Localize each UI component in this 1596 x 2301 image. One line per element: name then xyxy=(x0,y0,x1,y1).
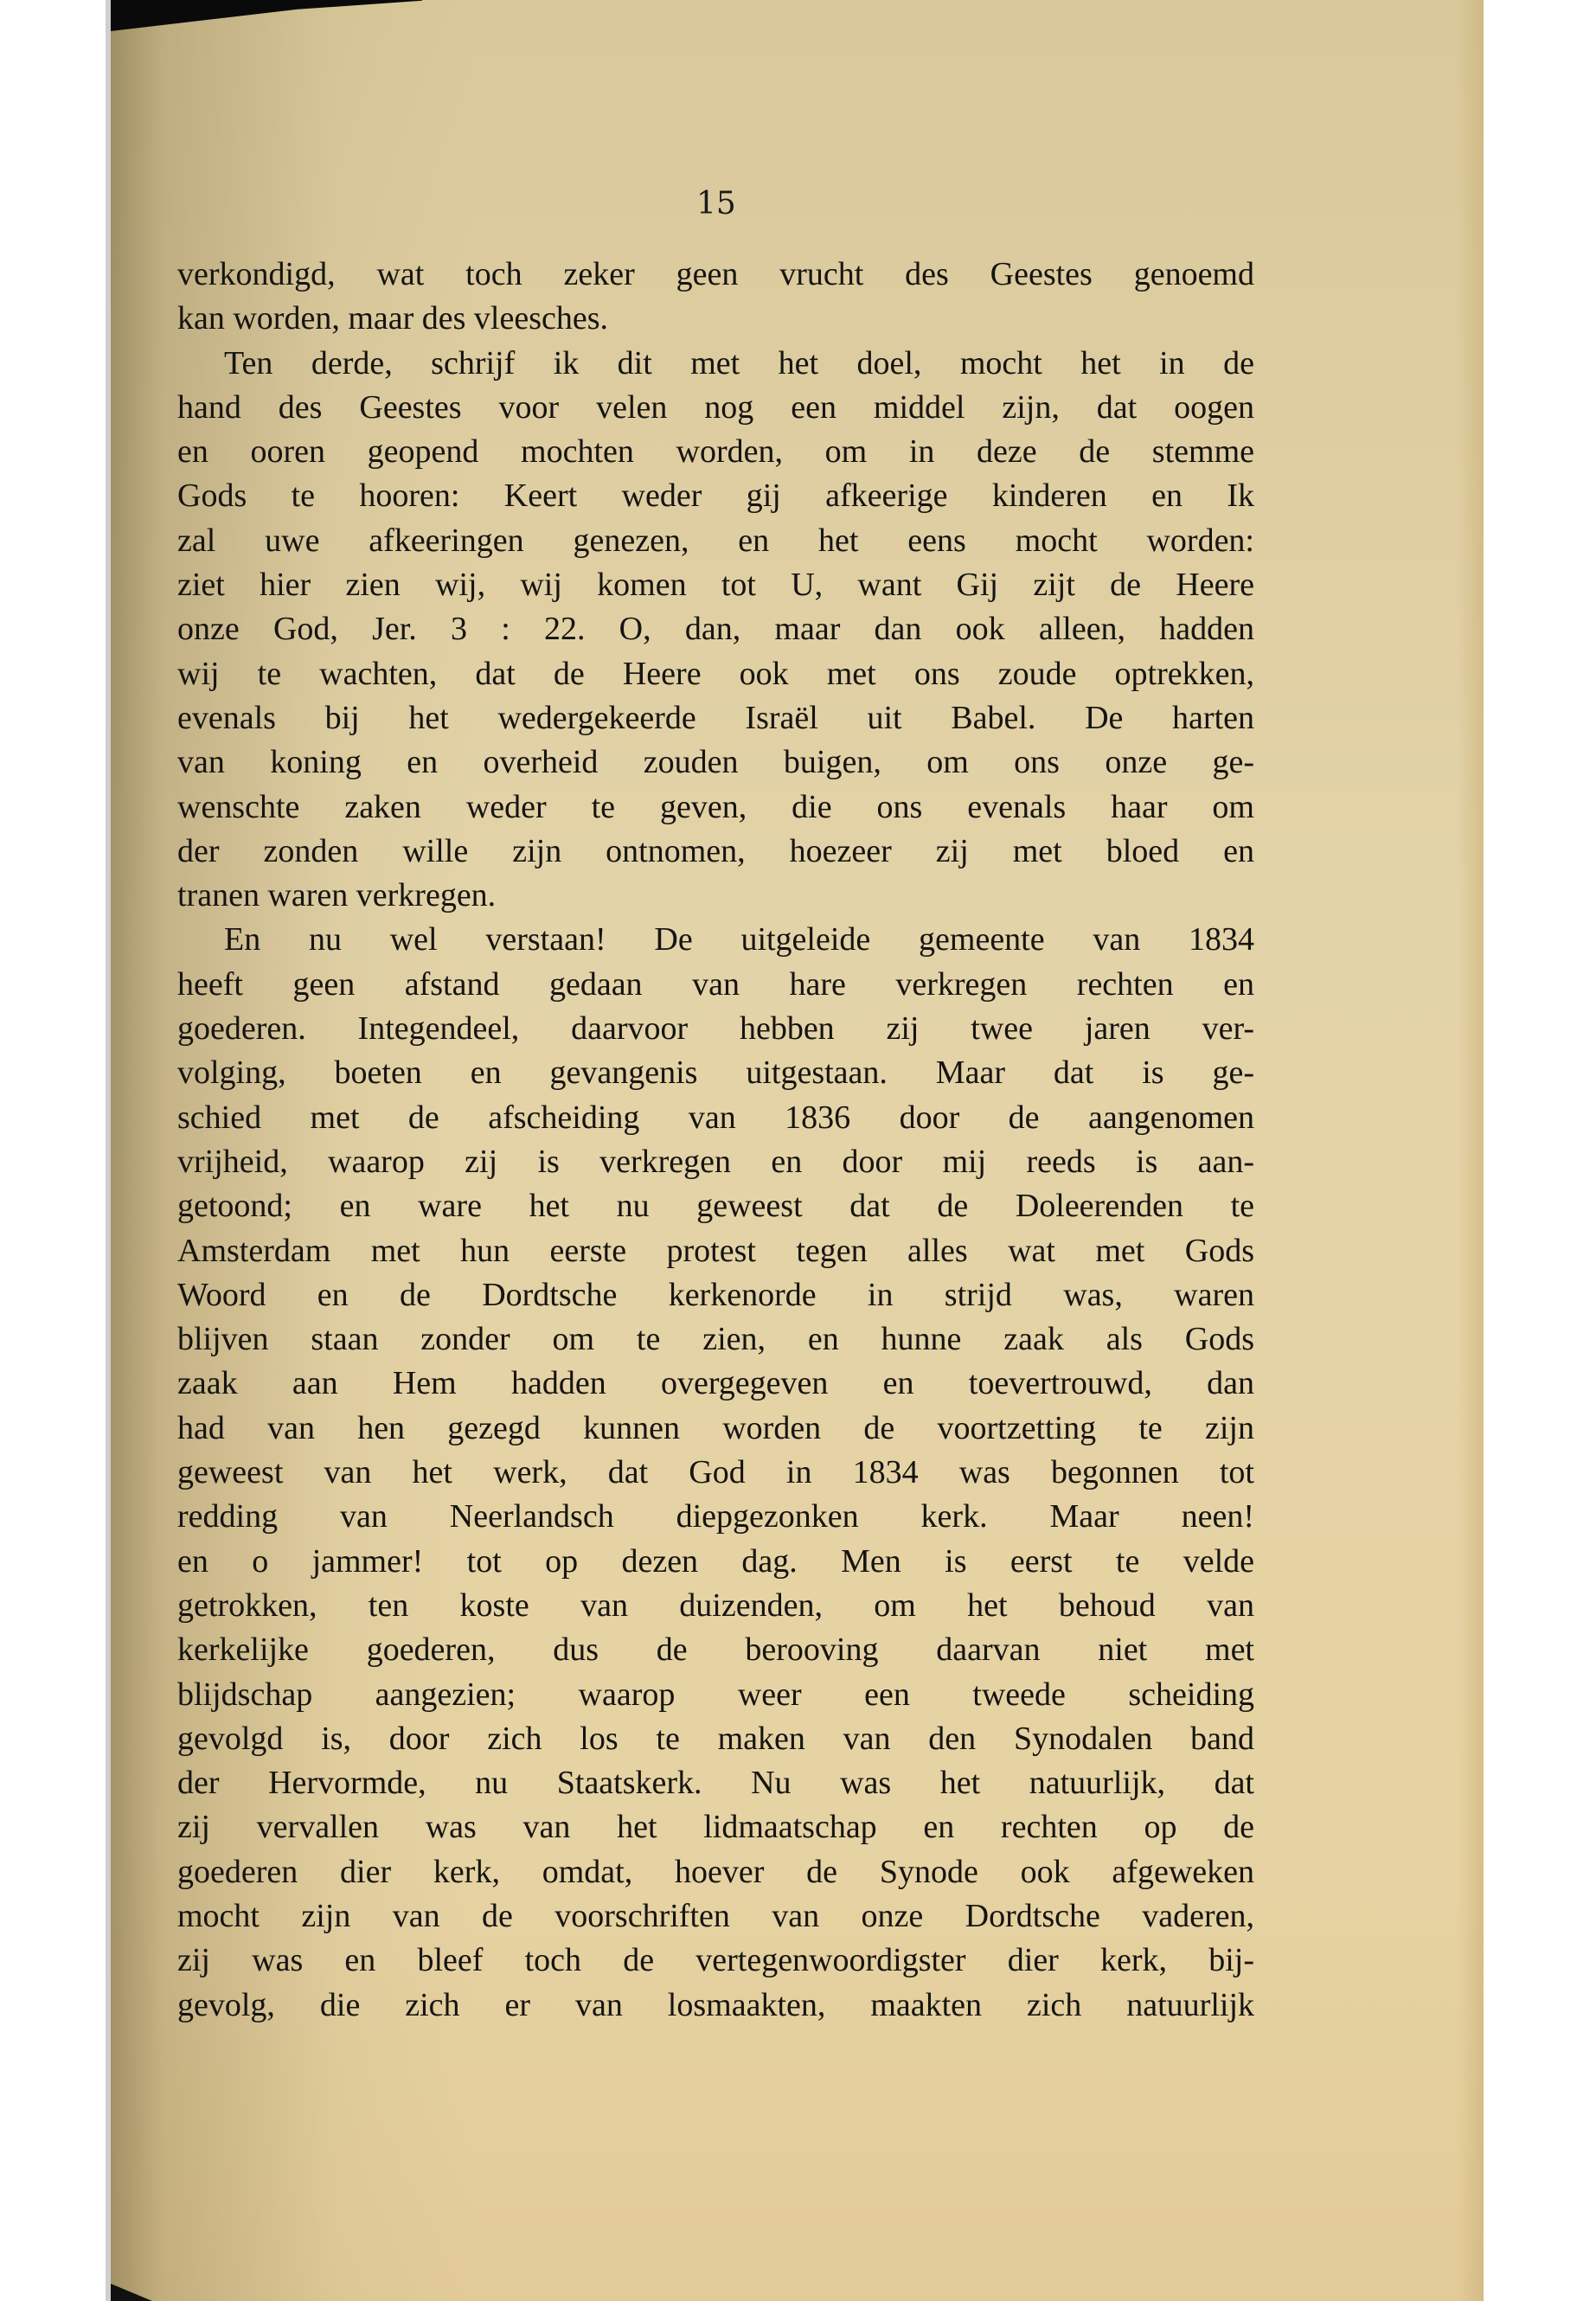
text-line: zij vervallen was van het lidmaatschap e… xyxy=(177,1805,1254,1849)
text-line: blijven staan zonder om te zien, en hunn… xyxy=(177,1317,1254,1362)
text-line: en ooren geopend mochten worden, om in d… xyxy=(177,430,1254,474)
text-line: Ten derde, schrijf ik dit met het doel, … xyxy=(177,342,1254,386)
text-line: der Hervormde, nu Staatskerk. Nu was het… xyxy=(177,1761,1254,1805)
text-line: gevolg, die zich er van losmaakten, maak… xyxy=(177,1984,1254,2028)
text-line: zaak aan Hem hadden overgegeven en toeve… xyxy=(177,1362,1254,1406)
text-line: blijdschap aangezien; waarop weer een tw… xyxy=(177,1673,1254,1717)
text-line: kerkelijke goederen, dus de berooving da… xyxy=(177,1628,1254,1672)
text-line: ziet hier zien wij, wij komen tot U, wan… xyxy=(177,563,1254,607)
text-line: verkondigd, wat toch zeker geen vrucht d… xyxy=(177,253,1254,297)
text-line: zal uwe afkeeringen genezen, en het eens… xyxy=(177,519,1254,563)
text-line: had van hen gezegd kunnen worden de voor… xyxy=(177,1407,1254,1451)
text-line: goederen dier kerk, omdat, hoever de Syn… xyxy=(177,1850,1254,1894)
text-line: schied met de afscheiding van 1836 door … xyxy=(177,1096,1254,1140)
text-line: en o jammer! tot op dezen dag. Men is ee… xyxy=(177,1540,1254,1584)
text-line: evenals bij het wedergekeerde Israël uit… xyxy=(177,696,1254,740)
text-line: tranen waren verkregen. xyxy=(177,874,1254,918)
text-line: wij te wachten, dat de Heere ook met ons… xyxy=(177,652,1254,696)
text-line: geweest van het werk, dat God in 1834 wa… xyxy=(177,1451,1254,1495)
text-line: Amsterdam met hun eerste protest tegen a… xyxy=(177,1229,1254,1273)
text-line: goederen. Integendeel, daarvoor hebben z… xyxy=(177,1007,1254,1051)
text-line: gevolgd is, door zich los te maken van d… xyxy=(177,1717,1254,1761)
text-line: getoond; en ware het nu geweest dat de D… xyxy=(177,1184,1254,1228)
text-line: onze God, Jer. 3 : 22. O, dan, maar dan … xyxy=(177,607,1254,651)
text-line: der zonden wille zijn ontnomen, hoezeer … xyxy=(177,830,1254,874)
text-line: heeft geen afstand gedaan van hare verkr… xyxy=(177,963,1254,1007)
page-number: 15 xyxy=(696,186,731,221)
text-line: kan worden, maar des vleesches. xyxy=(177,297,1254,341)
text-line: hand des Geestes voor velen nog een midd… xyxy=(177,386,1254,430)
text-line: vrijheid, waarop zij is verkregen en doo… xyxy=(177,1140,1254,1184)
text-line: Woord en de Dordtsche kerkenorde in stri… xyxy=(177,1273,1254,1317)
body-text: verkondigd, wat toch zeker geen vrucht d… xyxy=(177,253,1254,2028)
text-line: Gods te hooren: Keert weder gij afkeerig… xyxy=(177,474,1254,518)
text-line: volging, boeten en gevangenis uitgestaan… xyxy=(177,1051,1254,1095)
text-line: zij was en bleef toch de vertegenwoordig… xyxy=(177,1939,1254,1983)
text-line: van koning en overheid zouden buigen, om… xyxy=(177,740,1254,785)
text-line: redding van Neerlandsch diepgezonken ker… xyxy=(177,1495,1254,1539)
text-line: mocht zijn van de voorschriften van onze… xyxy=(177,1894,1254,1939)
text-line: wenschte zaken weder te geven, die ons e… xyxy=(177,785,1254,830)
text-line: En nu wel verstaan! De uitgeleide gemeen… xyxy=(177,918,1254,962)
text-line: getrokken, ten koste van duizenden, om h… xyxy=(177,1584,1254,1628)
